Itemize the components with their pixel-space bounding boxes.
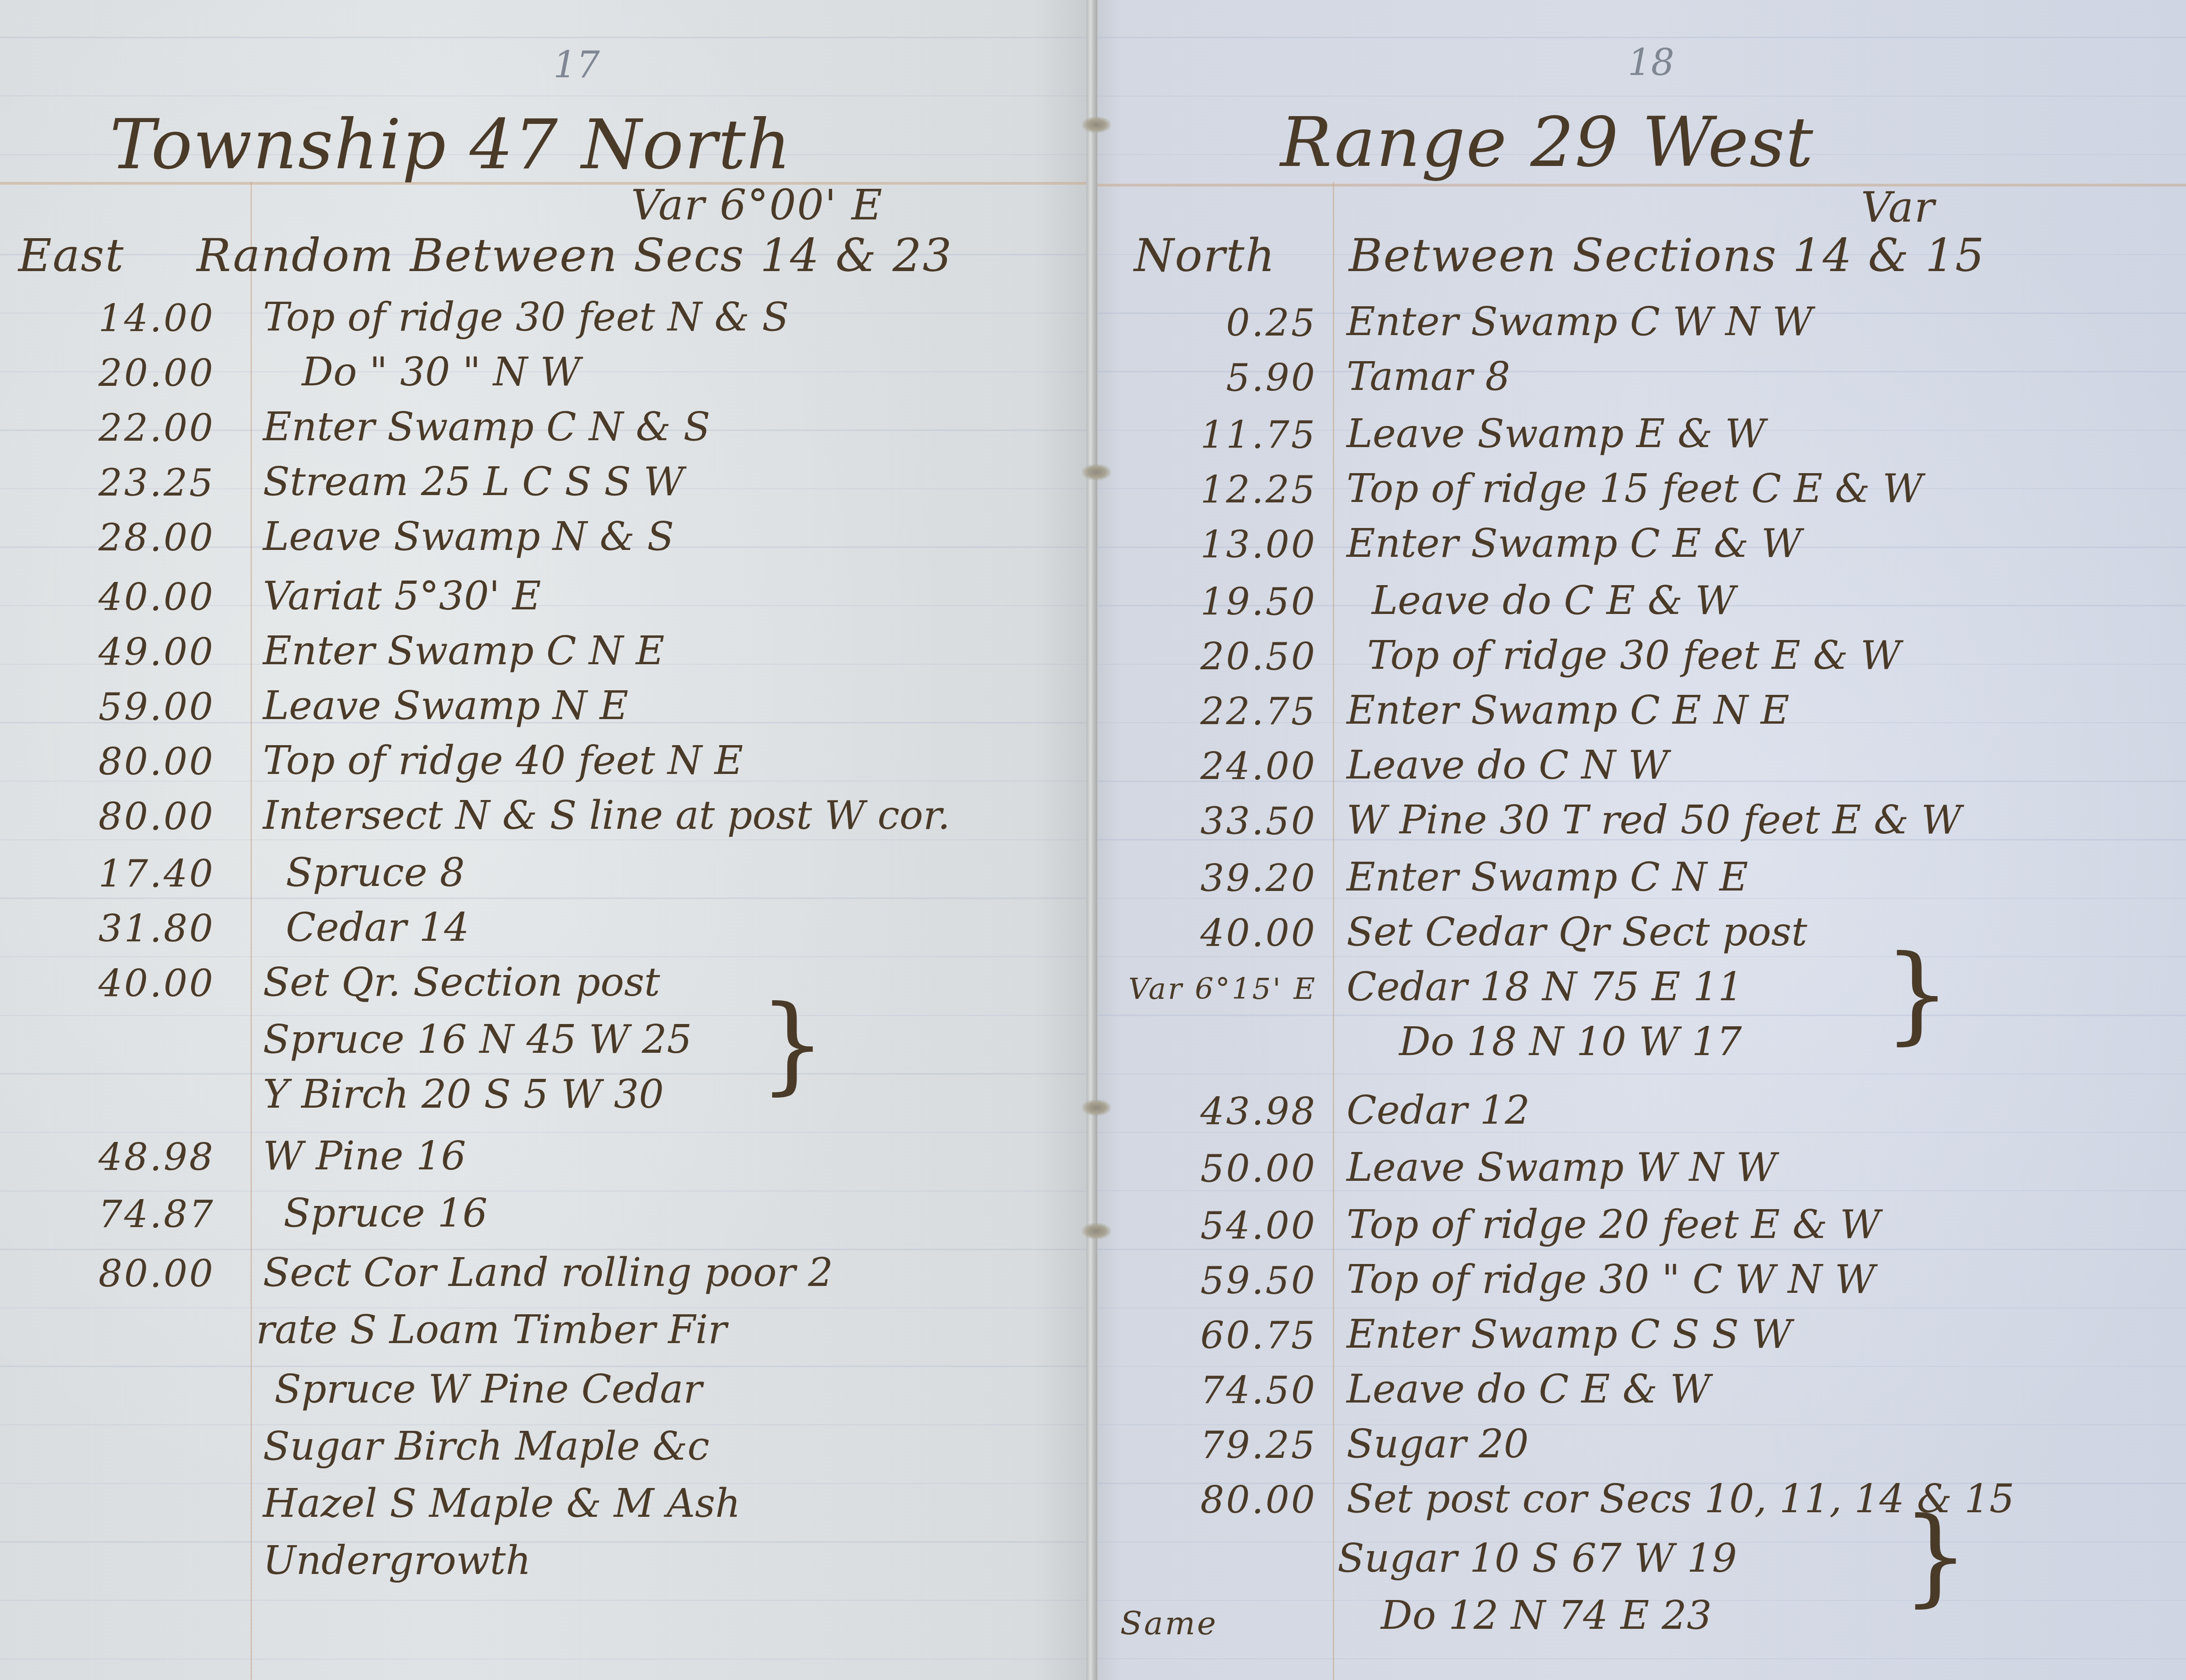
entry-note: Spruce 16 N 45 W 25 bbox=[263, 1017, 692, 1062]
entry-distance: 40.00 bbox=[1088, 912, 1317, 955]
entry-note: Set Qr. Section post bbox=[263, 960, 660, 1005]
entry-distance-variation: Var 6°15' E bbox=[1088, 972, 1317, 1006]
entry-row: 40.00Set Cedar Qr Sect post bbox=[1088, 903, 2186, 960]
entry-distance: 12.25 bbox=[1088, 469, 1317, 512]
entry-distance: 50.00 bbox=[1088, 1147, 1317, 1191]
entry-note: Do 12 N 74 E 23 bbox=[1381, 1593, 1712, 1638]
entry-distance: 80.00 bbox=[0, 741, 215, 784]
entry-note: rate S Loam Timber Fir bbox=[256, 1307, 727, 1353]
entry-distance: 74.50 bbox=[1088, 1369, 1317, 1413]
entry-row: 20.00Do " 30 " N W bbox=[0, 343, 1088, 400]
entry-distance: 59.50 bbox=[1088, 1259, 1317, 1303]
page-title: Township 47 North bbox=[110, 105, 792, 185]
entry-note: Top of ridge 30 feet N & S bbox=[263, 294, 789, 340]
entry-row: 31.80Cedar 14 bbox=[0, 898, 1088, 955]
notebook-spread: 17 Township 47 North Var 6°00' E East Ra… bbox=[0, 0, 2186, 1680]
entry-distance: 19.50 bbox=[1088, 581, 1317, 624]
entry-row: 24.00Leave do C N W bbox=[1088, 736, 2186, 793]
entry-row: rate S Loam Timber Fir bbox=[0, 1301, 1088, 1358]
entry-note: Sect Cor Land rolling poor 2 bbox=[263, 1250, 833, 1296]
entry-row: Undergrowth bbox=[0, 1531, 1088, 1589]
column-header-distance: East bbox=[18, 229, 124, 282]
entry-note: Leave Swamp N E bbox=[263, 683, 628, 729]
entry-distance: 40.00 bbox=[0, 962, 215, 1006]
entry-distance: 59.00 bbox=[0, 686, 215, 729]
entry-row: 5.90Tamar 8 bbox=[1088, 347, 2186, 405]
entry-note: Enter Swamp C N & S bbox=[263, 404, 710, 450]
entry-distance: 14.00 bbox=[0, 297, 215, 341]
entry-distance: 22.75 bbox=[1088, 690, 1317, 734]
left-page: 17 Township 47 North Var 6°00' E East Ra… bbox=[0, 0, 1088, 1680]
column-header-description: Between Sections 14 & 15 bbox=[1349, 229, 1985, 282]
entry-note: Variat 5°30' E bbox=[263, 573, 541, 619]
entry-row: 48.98W Pine 16 bbox=[0, 1127, 1088, 1184]
entry-note: Intersect N & S line at post W cor. bbox=[263, 793, 950, 838]
entry-note: Leave do C N W bbox=[1347, 742, 1668, 788]
entry-row: SameDo 12 N 74 E 23 bbox=[1088, 1586, 2186, 1643]
entry-row: Y Birch 20 S 5 W 30 bbox=[0, 1065, 1088, 1122]
entry-note: Sugar 10 S 67 W 19 bbox=[1337, 1536, 1737, 1581]
entry-row: 19.50Leave do C E & W bbox=[1088, 571, 2186, 629]
entry-distance: 74.87 bbox=[0, 1193, 215, 1237]
entry-row: Spruce 16 N 45 W 25 bbox=[0, 1010, 1088, 1067]
binding-gutter bbox=[1086, 0, 1097, 1680]
entry-row: 54.00Top of ridge 20 feet E & W bbox=[1088, 1195, 2186, 1253]
entry-note: Top of ridge 15 feet C E & W bbox=[1347, 466, 1923, 512]
entry-note: Set Cedar Qr Sect post bbox=[1347, 909, 1807, 955]
entry-row: 14.00Top of ridge 30 feet N & S bbox=[0, 288, 1088, 345]
column-header-description: Random Between Secs 14 & 23 bbox=[197, 229, 952, 282]
bearing-tree-brace: } bbox=[1902, 1504, 1969, 1609]
entry-distance: 80.00 bbox=[0, 1253, 215, 1296]
entry-row: 79.25Sugar 20 bbox=[1088, 1415, 2186, 1472]
entry-distance: 39.20 bbox=[1088, 857, 1317, 901]
entry-note: Top of ridge 30 feet E & W bbox=[1367, 633, 1901, 678]
bearing-tree-brace: } bbox=[759, 992, 826, 1097]
entry-row: 11.75Leave Swamp E & W bbox=[1088, 405, 2186, 462]
entry-note: Enter Swamp C N E bbox=[1347, 854, 1748, 900]
entry-row: Hazel S Maple & M Ash bbox=[0, 1474, 1088, 1531]
entry-note: Top of ridge 20 feet E & W bbox=[1347, 1202, 1880, 1248]
entry-note: Leave Swamp W N W bbox=[1347, 1145, 1777, 1190]
variation-note: Var bbox=[1861, 183, 1935, 232]
binding-stitch bbox=[1082, 1099, 1111, 1116]
binding-stitch bbox=[1082, 464, 1111, 480]
entry-row: 39.20Enter Swamp C N E bbox=[1088, 848, 2186, 905]
entry-row: 40.00Variat 5°30' E bbox=[0, 567, 1088, 624]
entry-note: W Pine 30 T red 50 feet E & W bbox=[1347, 797, 1962, 843]
entry-note: Enter Swamp C E N E bbox=[1347, 688, 1789, 733]
entry-note: Tamar 8 bbox=[1347, 354, 1510, 400]
entry-distance: 80.00 bbox=[1088, 1479, 1317, 1522]
entry-row: 59.50Top of ridge 30 " C W N W bbox=[1088, 1250, 2186, 1307]
entry-row: 20.50Top of ridge 30 feet E & W bbox=[1088, 626, 2186, 683]
entry-distance: 80.00 bbox=[0, 795, 215, 839]
entry-row: 59.00Leave Swamp N E bbox=[0, 677, 1088, 734]
entry-note: Sugar 20 bbox=[1347, 1421, 1529, 1467]
entry-row: Spruce W Pine Cedar bbox=[0, 1360, 1088, 1417]
entry-row: Var 6°15' ECedar 18 N 75 E 11 bbox=[1088, 958, 2186, 1015]
entry-row: Do 18 N 10 W 17 bbox=[1088, 1013, 2186, 1070]
entry-note: Top of ridge 30 " C W N W bbox=[1347, 1257, 1875, 1302]
binding-stitch bbox=[1082, 117, 1111, 133]
entry-note: Leave do C E & W bbox=[1372, 578, 1736, 624]
binding-stitch bbox=[1082, 1223, 1111, 1239]
entry-row: 23.25Stream 25 L C S S W bbox=[0, 453, 1088, 510]
header-rule bbox=[1088, 184, 2186, 187]
entry-row: 33.50W Pine 30 T red 50 feet E & W bbox=[1088, 791, 2186, 848]
entry-row: 49.00Enter Swamp C N E bbox=[0, 622, 1088, 679]
entry-distance: 43.98 bbox=[1088, 1090, 1317, 1134]
entry-note: Spruce 8 bbox=[286, 850, 465, 896]
entry-row: 22.75Enter Swamp C E N E bbox=[1088, 681, 2186, 738]
entry-distance: 13.00 bbox=[1088, 523, 1317, 567]
entry-note: Y Birch 20 S 5 W 30 bbox=[263, 1072, 664, 1117]
entry-distance: 17.40 bbox=[0, 853, 215, 896]
entry-distance: 11.75 bbox=[1088, 414, 1317, 457]
entry-note: Leave Swamp E & W bbox=[1347, 411, 1765, 457]
entry-distance: 5.90 bbox=[1088, 357, 1317, 400]
entry-row: 74.87Spruce 16 bbox=[0, 1184, 1088, 1241]
entry-note: Enter Swamp C S S W bbox=[1347, 1312, 1792, 1357]
entry-note: Cedar 14 bbox=[286, 905, 469, 950]
entry-row: 74.50Leave do C E & W bbox=[1088, 1360, 2186, 1417]
page-number: 17 bbox=[553, 43, 600, 86]
entry-distance: 54.00 bbox=[1088, 1205, 1317, 1248]
entry-distance: 48.98 bbox=[0, 1136, 215, 1179]
column-header-distance: North bbox=[1134, 229, 1276, 282]
entry-row: 40.00Set Qr. Section post bbox=[0, 953, 1088, 1010]
entry-note: Cedar 18 N 75 E 11 bbox=[1347, 964, 1743, 1010]
entry-note: Sugar Birch Maple &c bbox=[263, 1424, 710, 1469]
entry-note: Stream 25 L C S S W bbox=[263, 459, 684, 505]
entry-distance: 79.25 bbox=[1088, 1424, 1317, 1467]
entry-note: Do 18 N 10 W 17 bbox=[1399, 1019, 1742, 1065]
entry-note: Hazel S Maple & M Ash bbox=[263, 1481, 741, 1526]
entry-note: Enter Swamp C W N W bbox=[1347, 299, 1813, 345]
entry-note: Top of ridge 40 feet N E bbox=[263, 738, 743, 784]
bearing-tree-brace: } bbox=[1884, 942, 1951, 1047]
entry-distance-same: Same bbox=[1120, 1605, 1257, 1642]
entry-row: 50.00Leave Swamp W N W bbox=[1088, 1138, 2186, 1195]
entry-row: 17.40Spruce 8 bbox=[0, 843, 1088, 901]
entry-row: 0.25Enter Swamp C W N W bbox=[1088, 293, 2186, 350]
entry-note: Enter Swamp C N E bbox=[263, 628, 664, 674]
entry-distance: 20.00 bbox=[0, 352, 215, 395]
entry-distance: 31.80 bbox=[0, 907, 215, 951]
page-number: 18 bbox=[1628, 41, 1674, 84]
entry-note: Cedar 12 bbox=[1347, 1088, 1530, 1133]
entry-distance: 40.00 bbox=[0, 576, 215, 619]
entry-distance: 23.25 bbox=[0, 462, 215, 505]
entry-row: 80.00Sect Cor Land rolling poor 2 bbox=[0, 1243, 1088, 1301]
entry-row: 80.00Top of ridge 40 feet N E bbox=[0, 731, 1088, 789]
entry-note: Undergrowth bbox=[263, 1538, 531, 1584]
entry-distance: 24.00 bbox=[1088, 745, 1317, 789]
entry-note: Leave do C E & W bbox=[1347, 1366, 1710, 1412]
entry-row: Sugar 10 S 67 W 19 bbox=[1088, 1529, 2186, 1586]
page-title: Range 29 West bbox=[1280, 103, 1814, 182]
entry-note: Leave Swamp N & S bbox=[263, 514, 674, 560]
entry-note: Spruce 16 bbox=[283, 1190, 487, 1236]
entry-note: Enter Swamp C E & W bbox=[1347, 521, 1801, 566]
entry-row: 60.75Enter Swamp C S S W bbox=[1088, 1305, 2186, 1362]
entry-distance: 0.25 bbox=[1088, 302, 1317, 345]
entry-row: 80.00Set post cor Secs 10, 11, 14 & 15 bbox=[1088, 1470, 2186, 1527]
entry-distance: 60.75 bbox=[1088, 1314, 1317, 1358]
entry-note: Do " 30 " N W bbox=[302, 349, 581, 395]
entry-distance: 28.00 bbox=[0, 517, 215, 560]
entry-distance: 49.00 bbox=[0, 631, 215, 674]
entry-row: Sugar Birch Maple &c bbox=[0, 1417, 1088, 1474]
entry-distance: 33.50 bbox=[1088, 800, 1317, 843]
entry-note: W Pine 16 bbox=[263, 1133, 466, 1179]
variation-note: Var 6°00' E bbox=[631, 181, 883, 229]
entry-note: Spruce W Pine Cedar bbox=[274, 1366, 702, 1412]
entry-row: 12.25Top of ridge 15 feet C E & W bbox=[1088, 459, 2186, 517]
entry-row: 13.00Enter Swamp C E & W bbox=[1088, 514, 2186, 571]
entry-distance: 22.00 bbox=[0, 407, 215, 450]
entry-row: 43.98Cedar 12 bbox=[1088, 1081, 2186, 1138]
entry-row: 22.00Enter Swamp C N & S bbox=[0, 398, 1088, 455]
right-page: 18 Range 29 West Var North Between Secti… bbox=[1088, 0, 2186, 1680]
entry-distance: 20.50 bbox=[1088, 635, 1317, 679]
entry-row: 80.00Intersect N & S line at post W cor. bbox=[0, 786, 1088, 843]
entry-row: 28.00Leave Swamp N & S bbox=[0, 507, 1088, 565]
